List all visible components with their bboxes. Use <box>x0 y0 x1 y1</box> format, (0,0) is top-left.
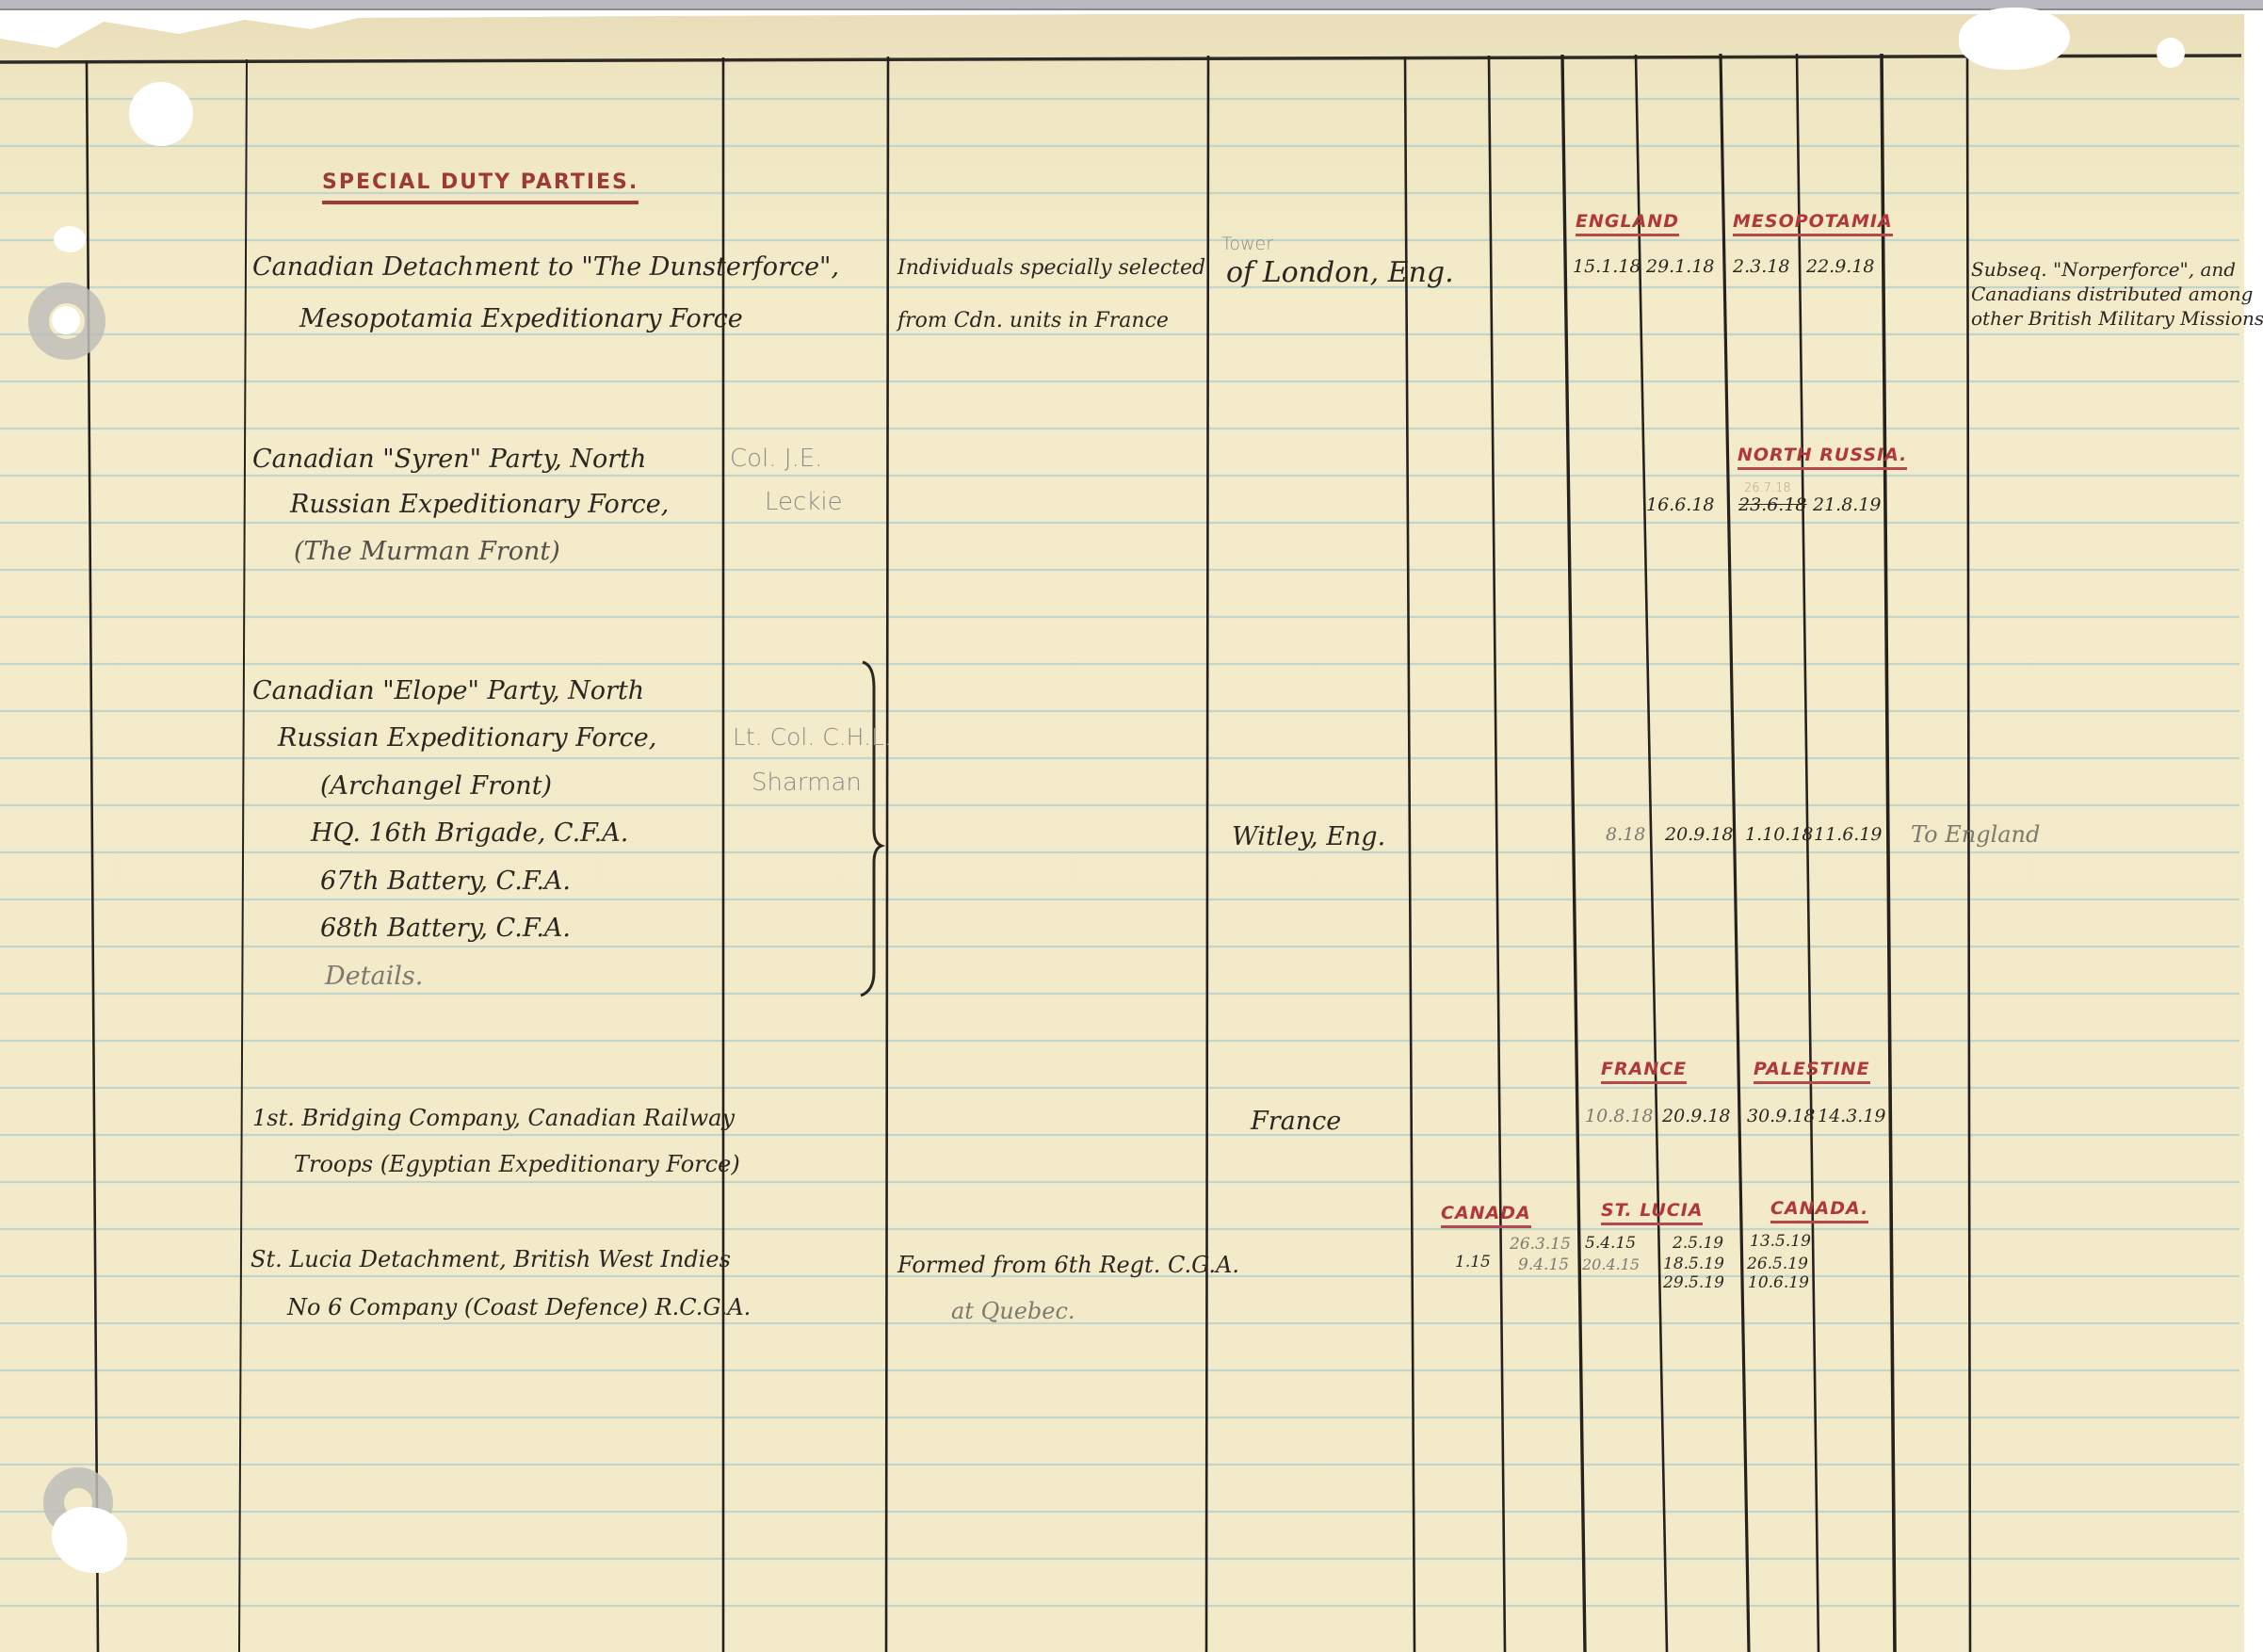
date-entry: 2.3.18 <box>1733 258 1789 276</box>
date-entry: 11.6.19 <box>1814 826 1883 844</box>
date-entry: 9.4.15 <box>1518 1257 1569 1273</box>
date-entry: 10.8.18 <box>1585 1108 1654 1126</box>
unit-name-line: Mesopotamia Expeditionary Force <box>299 306 743 332</box>
punch-hole-large <box>129 82 193 146</box>
unit-name-line: Canadian Detachment to "The Dunsterforce… <box>252 254 839 280</box>
date-entry: 22.9.18 <box>1806 258 1875 276</box>
date-entry-struck: 23.6.18 <box>1738 496 1807 514</box>
unit-name-line: Troops (Egyptian Expeditionary Force) <box>294 1153 740 1175</box>
unit-name-line: Russian Expeditionary Force, <box>278 725 656 751</box>
date-entry: 16.6.18 <box>1646 496 1715 514</box>
date-entry: 8.18 <box>1606 826 1645 844</box>
location-annotation: Tower <box>1221 235 1273 253</box>
date-entry: 20.4.15 <box>1582 1257 1640 1272</box>
reinforcement-hole <box>52 306 80 334</box>
date-entry: 1.15 <box>1455 1255 1491 1271</box>
commander-line: Col. J.E. <box>730 446 822 471</box>
unit-name-line: Canadian "Syren" Party, North <box>252 446 646 472</box>
date-entry: 5.4.15 <box>1585 1236 1636 1252</box>
date-entry: 29.5.19 <box>1663 1275 1724 1291</box>
date-entry: 13.5.19 <box>1750 1234 1811 1250</box>
country-header-st-lucia: ST. LUCIA <box>1601 1202 1703 1225</box>
date-entry: 26.3.15 <box>1510 1237 1571 1253</box>
country-header-mesopotamia: MESOPOTAMIA <box>1733 213 1893 236</box>
note-line: other British Military Missions <box>1971 309 2263 328</box>
remarks-line: at Quebec. <box>951 1300 1075 1322</box>
unit-name-line: 1st. Bridging Company, Canadian Railway <box>252 1107 735 1129</box>
country-header-palestine: PALESTINE <box>1754 1061 1870 1084</box>
date-entry: 18.5.19 <box>1663 1256 1724 1272</box>
date-entry: 14.3.19 <box>1818 1108 1886 1126</box>
commander-line: Lt. Col. C.H.L. <box>733 725 892 749</box>
punch-hole-top-right-small <box>2157 38 2185 68</box>
location: of London, Eng. <box>1226 259 1454 287</box>
date-entry: 20.9.18 <box>1662 1108 1731 1126</box>
location: France <box>1251 1109 1341 1134</box>
unit-name-line: St. Lucia Detachment, British West Indie… <box>251 1248 731 1271</box>
date-entry: 26.5.19 <box>1747 1256 1808 1272</box>
location: Witley, Eng. <box>1232 824 1385 850</box>
unit-name-line: No 6 Company (Coast Defence) R.C.G.A. <box>287 1296 751 1319</box>
page-title: SPECIAL DUTY PARTIES. <box>322 172 638 204</box>
unit-name-line: HQ. 16th Brigade, C.F.A. <box>311 820 628 846</box>
country-header-france: FRANCE <box>1601 1061 1687 1084</box>
date-correction: 26.7.18 <box>1744 482 1791 494</box>
unit-name-line: Details. <box>325 964 423 989</box>
commander-line: Leckie <box>765 490 843 514</box>
date-entry: 30.9.18 <box>1747 1108 1816 1126</box>
remarks-line: Individuals specially selected <box>897 258 1205 279</box>
remarks-line: from Cdn. units in France <box>897 311 1169 332</box>
top-rule <box>0 56 2241 62</box>
date-entry: 1.10.18 <box>1745 826 1814 844</box>
date-entry: 2.5.19 <box>1673 1236 1723 1252</box>
unit-name-line: Canadian "Elope" Party, North <box>252 678 644 704</box>
note: To England <box>1911 823 2040 846</box>
date-entry: 10.6.19 <box>1748 1275 1809 1291</box>
note-line: Subseq. "Norperforce", and <box>1971 260 2236 279</box>
unit-name-line: Russian Expeditionary Force, <box>290 492 669 517</box>
date-entry: 21.8.19 <box>1813 496 1882 514</box>
remarks-line: Formed from 6th Regt. C.G.A. <box>897 1254 1239 1276</box>
date-entry: 20.9.18 <box>1665 826 1734 844</box>
unit-name-line: 67th Battery, C.F.A. <box>320 868 571 894</box>
note-line: Canadians distributed among <box>1971 284 2253 303</box>
country-header-north-russia: NORTH RUSSIA. <box>1738 446 1907 470</box>
unit-name-line: (The Murman Front) <box>294 539 560 564</box>
unit-name-line: (Archangel Front) <box>320 773 552 799</box>
country-header-canada: CANADA <box>1441 1205 1531 1228</box>
date-entry: 29.1.18 <box>1646 258 1715 276</box>
country-header-canada-return: CANADA. <box>1770 1200 1868 1223</box>
commander-line: Sharman <box>752 770 862 795</box>
country-header-england: ENGLAND <box>1576 213 1679 236</box>
punch-hole-small <box>54 226 86 252</box>
date-entry: 15.1.18 <box>1573 258 1641 276</box>
unit-name-line: 68th Battery, C.F.A. <box>320 915 571 941</box>
